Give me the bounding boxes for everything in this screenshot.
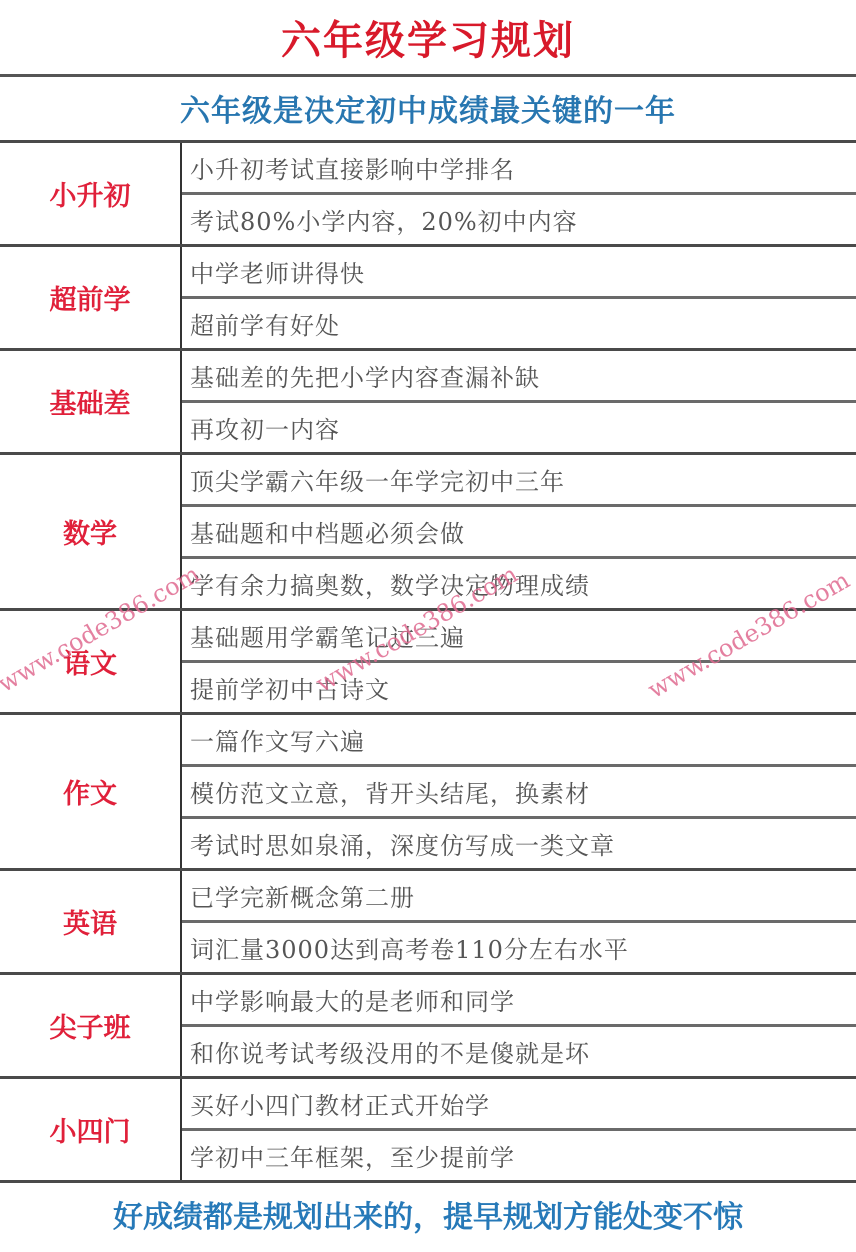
table-cell: 基础题和中档题必须会做: [182, 507, 856, 559]
table-cell: 已学完新概念第二册: [182, 871, 856, 923]
table-row-group: 数学 顶尖学霸六年级一年学完初中三年 基础题和中档题必须会做 学有余力搞奥数，数…: [0, 455, 856, 611]
table-cell: 一篇作文写六遍: [182, 715, 856, 767]
category-label: 小升初: [0, 143, 182, 244]
category-label: 尖子班: [0, 975, 182, 1076]
page-title: 六年级学习规划: [0, 0, 856, 74]
table-row-group: 小四门 买好小四门教材正式开始学 学初中三年框架，至少提前学: [0, 1079, 856, 1183]
category-label: 作文: [0, 715, 182, 868]
table-row-group: 作文 一篇作文写六遍 模仿范文立意，背开头结尾，换素材 考试时思如泉涌，深度仿写…: [0, 715, 856, 871]
category-label: 小四门: [0, 1079, 182, 1180]
table-cell: 和你说考试考级没用的不是傻就是坏: [182, 1027, 856, 1076]
table-cell: 基础差的先把小学内容查漏补缺: [182, 351, 856, 403]
table-cell: 顶尖学霸六年级一年学完初中三年: [182, 455, 856, 507]
table-row-group: 超前学 中学老师讲得快 超前学有好处: [0, 247, 856, 351]
table-cell: 考试时思如泉涌，深度仿写成一类文章: [182, 819, 856, 868]
table-row-group: 基础差 基础差的先把小学内容查漏补缺 再攻初一内容: [0, 351, 856, 455]
table-cell: 中学老师讲得快: [182, 247, 856, 299]
table-row-group: 英语 已学完新概念第二册 词汇量3000达到高考卷110分左右水平: [0, 871, 856, 975]
table-cell: 学初中三年框架，至少提前学: [182, 1131, 856, 1180]
table-cell: 再攻初一内容: [182, 403, 856, 452]
table-cell: 中学影响最大的是老师和同学: [182, 975, 856, 1027]
table-row-group: 尖子班 中学影响最大的是老师和同学 和你说考试考级没用的不是傻就是坏: [0, 975, 856, 1079]
table-cell: 提前学初中古诗文: [182, 663, 856, 712]
study-plan-page: 六年级学习规划 六年级是决定初中成绩最关键的一年 小升初 小升初考试直接影响中学…: [0, 0, 856, 1252]
category-label: 基础差: [0, 351, 182, 452]
footer-slogan: 好成绩都是规划出来的，提早规划方能处变不惊: [0, 1184, 856, 1244]
table-cell: 考试80%小学内容，20%初中内容: [182, 195, 856, 244]
category-label: 英语: [0, 871, 182, 972]
table-cell: 小升初考试直接影响中学排名: [182, 143, 856, 195]
table-cell: 模仿范文立意，背开头结尾，换素材: [182, 767, 856, 819]
table-cell: 买好小四门教材正式开始学: [182, 1079, 856, 1131]
table-cell: 词汇量3000达到高考卷110分左右水平: [182, 923, 856, 972]
page-subtitle: 六年级是决定初中成绩最关键的一年: [0, 77, 856, 139]
category-label: 超前学: [0, 247, 182, 348]
table-row-group: 小升初 小升初考试直接影响中学排名 考试80%小学内容，20%初中内容: [0, 140, 856, 247]
table-cell: 超前学有好处: [182, 299, 856, 348]
